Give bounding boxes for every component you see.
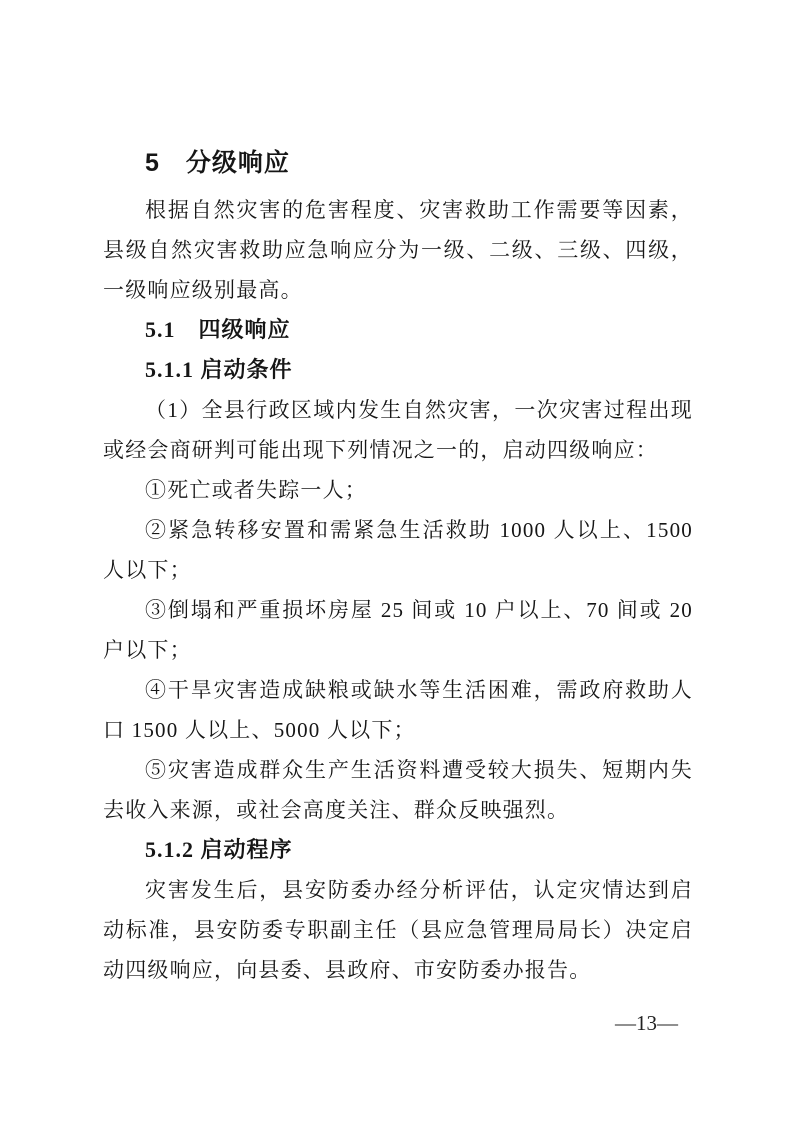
document-body: 5 分级响应 根据自然灾害的危害程度、灾害救助工作需要等因素，县级自然灾害救助应… <box>103 143 693 990</box>
list-item-4: ④干旱灾害造成缺粮或缺水等生活困难，需政府救助人口 1500 人以上、5000 … <box>103 670 693 750</box>
section-heading-5: 5 分级响应 <box>103 143 693 183</box>
section-heading-5-1: 5.1 四级响应 <box>103 310 693 350</box>
list-item-1: ①死亡或者失踪一人； <box>103 470 693 510</box>
list-item-5: ⑤灾害造成群众生产生活资料遭受较大损失、短期内失去收入来源，或社会高度关注、群众… <box>103 750 693 830</box>
document-page: 5 分级响应 根据自然灾害的危害程度、灾害救助工作需要等因素，县级自然灾害救助应… <box>0 0 793 1122</box>
list-item-3: ③倒塌和严重损坏房屋 25 间或 10 户以上、70 间或 20 户以下； <box>103 590 693 670</box>
list-item-2: ②紧急转移安置和需紧急生活救助 1000 人以上、1500 人以下； <box>103 510 693 590</box>
page-number: —13— <box>615 1010 678 1036</box>
paragraph-procedure: 灾害发生后，县安防委办经分析评估，认定灾情达到启动标准，县安防委专职副主任（县应… <box>103 870 693 990</box>
section-heading-5-1-2: 5.1.2 启动程序 <box>103 830 693 870</box>
paragraph-intro: 根据自然灾害的危害程度、灾害救助工作需要等因素，县级自然灾害救助应急响应分为一级… <box>103 190 693 310</box>
paragraph-condition: （1）全县行政区域内发生自然灾害，一次灾害过程出现或经会商研判可能出现下列情况之… <box>103 390 693 470</box>
section-heading-5-1-1: 5.1.1 启动条件 <box>103 350 693 390</box>
